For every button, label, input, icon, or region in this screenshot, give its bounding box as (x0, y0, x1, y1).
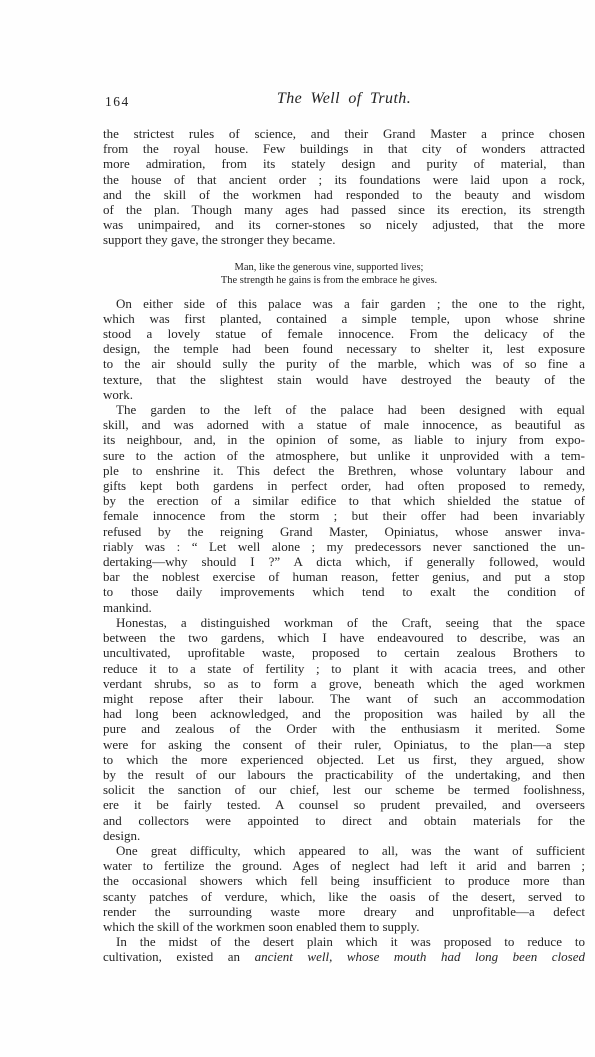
text-segment: Honestas, a distinguished workman of the… (116, 615, 585, 630)
text-segment: which the skill of the workmen soon enab… (103, 919, 420, 934)
text-line: The strength he gains is from the embrac… (88, 274, 570, 288)
text-segment: In the midst of the desert plain which i… (116, 934, 585, 949)
text-line: skill, and was adorned with a statue of … (103, 417, 585, 432)
text-line: support they gave, the stronger they bec… (103, 232, 585, 247)
paragraph: The garden to the left of the palace had… (103, 402, 585, 615)
text-line: reduce it to a state of fertility ; to p… (103, 661, 585, 676)
text-line: The garden to the left of the palace had… (103, 402, 585, 417)
text-segment: The strength he gains is from the embrac… (221, 275, 437, 286)
text-segment: Man, like the generous vine, supported l… (235, 262, 424, 273)
text-line: by the erection of a similar edifice to … (103, 493, 585, 508)
text-line: female innocence from the storm ; but th… (103, 508, 585, 523)
text-segment: to which the more experienced objected. … (103, 752, 585, 767)
text-segment: and the skill of the workmen had respond… (103, 187, 585, 202)
text-segment: sure to the action of the atmosphere, bu… (103, 448, 585, 463)
text-segment: One great difficulty, which appeared to … (116, 843, 585, 858)
text-line: dertaking—why should I ?” A dicta which,… (103, 554, 585, 569)
text-segment: refused by the reigning Grand Master, Op… (103, 524, 585, 539)
text-segment: cultivation, existed an (103, 949, 255, 964)
text-segment: to the air should sully the purity of th… (103, 356, 585, 371)
running-title: The Well of Truth. (103, 90, 585, 108)
text-line: cultivation, existed an ancient well, wh… (103, 949, 585, 964)
text-line: ere it be fairly tested. A counsel so pr… (103, 797, 585, 812)
text-segment: render the surrounding waste more dreary… (103, 904, 585, 919)
text-line: verdant shrubs, so as to form a grove, b… (103, 676, 585, 691)
text-line: Honestas, a distinguished workman of the… (103, 615, 585, 630)
text-segment: On either side of this palace was a fair… (116, 296, 585, 311)
text-segment: the strictest rules of science, and thei… (103, 126, 585, 141)
text-line: between the two gardens, which I have en… (103, 630, 585, 645)
text-segment: more admiration, from its stately design… (103, 156, 585, 171)
text-line: render the surrounding waste more dreary… (103, 904, 585, 919)
text-segment: stood a lovely statue of female innocenc… (103, 326, 585, 341)
text-segment: had long been acknowledged, and the prop… (103, 706, 585, 721)
text-line: to which the more experienced objected. … (103, 752, 585, 767)
text-line: design, the temple had been found necess… (103, 341, 585, 356)
text-line: stood a lovely statue of female innocenc… (103, 326, 585, 341)
text-segment: which was first planted, contained a sim… (103, 311, 585, 326)
text-line: work. (103, 387, 585, 402)
text-segment: by the erection of a similar edifice to … (103, 493, 585, 508)
text-line: had long been acknowledged, and the prop… (103, 706, 585, 721)
text-line: gifts kept both gardens in perfect order… (103, 478, 585, 493)
text-segment: of the plan. Though many ages had passed… (103, 202, 585, 217)
text-line: One great difficulty, which appeared to … (103, 843, 585, 858)
text-line: mankind. (103, 600, 585, 615)
text-line: by the result of our labours the practic… (103, 767, 585, 782)
text-segment: the occasional showers which fell being … (103, 873, 585, 888)
text-line: ple to enshrine it. This defect the Bret… (103, 463, 585, 478)
text-segment: between the two gardens, which I have en… (103, 630, 585, 645)
text-line: was unimpaired, and its corner-stones so… (103, 217, 585, 232)
text-line: scanty patches of verdure, which, like t… (103, 889, 585, 904)
text-line: to the air should sully the purity of th… (103, 356, 585, 371)
text-segment: riably was : “ Let well alone ; my prede… (103, 539, 585, 554)
text-segment: female innocence from the storm ; but th… (103, 508, 585, 523)
text-line: and collectors were appointed to direct … (103, 813, 585, 828)
text-segment: was unimpaired, and its corner-stones so… (103, 217, 585, 232)
text-segment: water to fertilize the ground. Ages of n… (103, 858, 585, 873)
text-line: which was first planted, contained a sim… (103, 311, 585, 326)
text-line: its neighbour, and, in the opinion of so… (103, 432, 585, 447)
italic-text: ancient well, whose mouth had long been … (255, 949, 585, 964)
text-line: and the skill of the workmen had respond… (103, 187, 585, 202)
text-line: which the skill of the workmen soon enab… (103, 919, 585, 934)
text-segment: ere it be fairly tested. A counsel so pr… (103, 797, 585, 812)
text-segment: might repose after their labour. The wan… (103, 691, 585, 706)
text-segment: ple to enshrine it. This defect the Bret… (103, 463, 585, 478)
text-line: bar the noblest exercise of human reason… (103, 569, 585, 584)
text-line: water to fertilize the ground. Ages of n… (103, 858, 585, 873)
text-segment: work. (103, 387, 133, 402)
text-segment: and collectors were appointed to direct … (103, 813, 585, 828)
text-line: to those daily improvements which tend t… (103, 584, 585, 599)
text-segment: solicit the sanction of our chief, lest … (103, 782, 585, 797)
text-segment: to those daily improvements which tend t… (103, 584, 585, 599)
text-line: the house of that ancient order ; its fo… (103, 172, 585, 187)
text-segment: pure and zealous of the Order with the e… (103, 721, 585, 736)
paragraph: the strictest rules of science, and thei… (103, 126, 585, 248)
text-line: riably was : “ Let well alone ; my prede… (103, 539, 585, 554)
text-segment: design, the temple had been found necess… (103, 341, 585, 356)
text-segment: gifts kept both gardens in perfect order… (103, 478, 585, 493)
paragraph: On either side of this palace was a fair… (103, 296, 585, 402)
text-segment: from the royal house. Few buildings in t… (103, 141, 585, 156)
text-segment: verdant shrubs, so as to form a grove, b… (103, 676, 585, 691)
text-line: the strictest rules of science, and thei… (103, 126, 585, 141)
text-line: of the plan. Though many ages had passed… (103, 202, 585, 217)
text-segment: were for asking the consent of their rul… (103, 737, 585, 752)
text-segment: skill, and was adorned with a statue of … (103, 417, 585, 432)
text-line: On either side of this palace was a fair… (103, 296, 585, 311)
text-line: texture, that the slightest stain would … (103, 372, 585, 387)
text-line: refused by the reigning Grand Master, Op… (103, 524, 585, 539)
text-line: from the royal house. Few buildings in t… (103, 141, 585, 156)
page-header: 164 The Well of Truth. (103, 90, 585, 114)
page-body: the strictest rules of science, and thei… (103, 126, 585, 965)
text-segment: texture, that the slightest stain would … (103, 372, 585, 387)
paragraph: One great difficulty, which appeared to … (103, 843, 585, 934)
text-segment: reduce it to a state of fertility ; to p… (103, 661, 585, 676)
text-segment: mankind. (103, 600, 152, 615)
text-line: design. (103, 828, 585, 843)
text-segment: the house of that ancient order ; its fo… (103, 172, 585, 187)
verse-block: Man, like the generous vine, supported l… (88, 261, 570, 288)
text-segment: The garden to the left of the palace had… (116, 402, 585, 417)
text-segment: uncultivated, uprofitable waste, propose… (103, 645, 585, 660)
text-segment: by the result of our labours the practic… (103, 767, 585, 782)
text-segment: support they gave, the stronger they bec… (103, 232, 335, 247)
text-line: pure and zealous of the Order with the e… (103, 721, 585, 736)
text-segment: scanty patches of verdure, which, like t… (103, 889, 585, 904)
text-segment: bar the noblest exercise of human reason… (103, 569, 585, 584)
text-line: more admiration, from its stately design… (103, 156, 585, 171)
text-line: uncultivated, uprofitable waste, propose… (103, 645, 585, 660)
text-line: In the midst of the desert plain which i… (103, 934, 585, 949)
text-segment: dertaking—why should I ?” A dicta which,… (103, 554, 585, 569)
book-page: 164 The Well of Truth. the strictest rul… (0, 0, 595, 1057)
text-segment: design. (103, 828, 140, 843)
text-segment: its neighbour, and, in the opinion of so… (103, 432, 585, 447)
paragraph: In the midst of the desert plain which i… (103, 934, 585, 964)
text-line: might repose after their labour. The wan… (103, 691, 585, 706)
text-line: the occasional showers which fell being … (103, 873, 585, 888)
text-line: solicit the sanction of our chief, lest … (103, 782, 585, 797)
text-line: sure to the action of the atmosphere, bu… (103, 448, 585, 463)
text-line: were for asking the consent of their rul… (103, 737, 585, 752)
text-line: Man, like the generous vine, supported l… (88, 261, 570, 275)
paragraph: Honestas, a distinguished workman of the… (103, 615, 585, 843)
